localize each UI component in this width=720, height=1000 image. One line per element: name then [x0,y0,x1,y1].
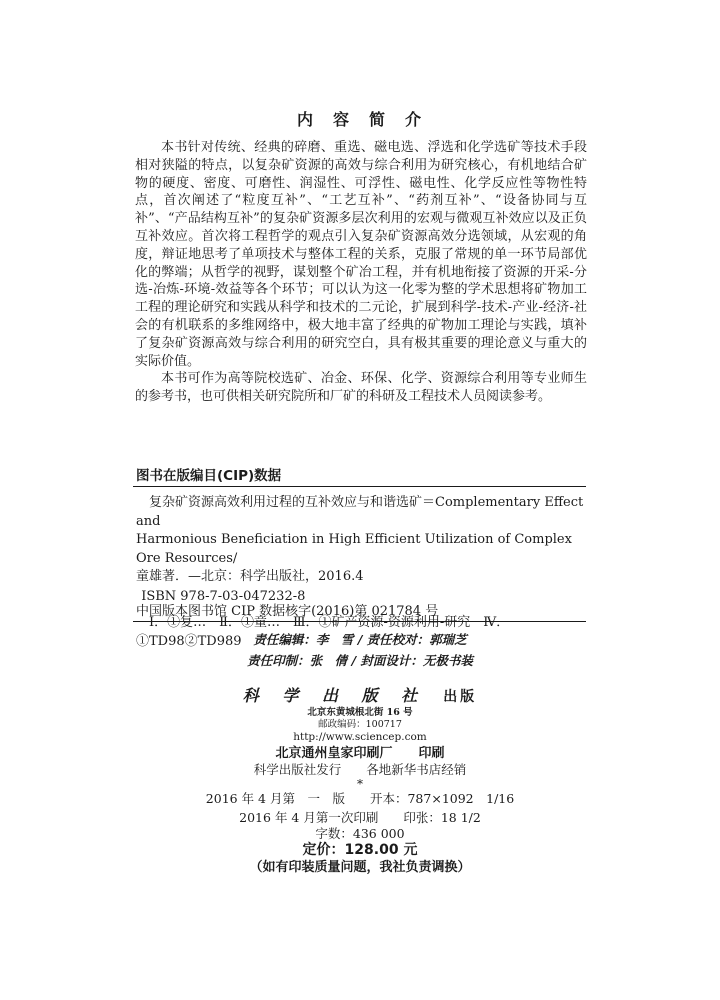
publisher-website: http://www.sciencep.com [135,731,585,744]
publisher-role: 出版 [443,689,477,705]
quality-notice-line: （如有印装质量问题，我社负责调换） [135,859,585,876]
word-count-line: 字数：436 000 [135,826,585,842]
cip-rule-top [133,486,586,487]
cip-title-line-1: 复杂矿资源高效利用过程的互补效应与和谐选矿＝Complementary Effe… [136,494,588,531]
staff-production-line: 责任印制：张 倩 / 封面设计：无极书装 [135,650,585,671]
cip-body: 复杂矿资源高效利用过程的互补效应与和谐选矿＝Complementary Effe… [136,494,588,651]
printer-line: 北京通州皇家印刷厂 印刷 [135,745,585,762]
publisher-address: 北京东黄城根北街 16 号 [135,707,585,719]
edition-line: 2016 年 4 月第 一 版 开本：787×1092 1/16 [135,791,585,807]
cip-record-number: 中国版本图书馆 CIP 数据核字(2016)第 021784 号 [136,600,438,619]
summary-title: 内 容 简 介 [135,107,585,130]
cip-title-line-3: 童雄著．—北京：科学出版社，2016.4 [136,568,588,587]
separator-asterisk: * [135,778,585,791]
publisher-postcode: 邮政编码：100717 [135,719,585,731]
publisher-line: 科 学 出 版 社 出版 [135,687,585,706]
imprint-block: 科 学 出 版 社 出版 北京东黄城根北街 16 号 邮政编码：100717 h… [135,687,585,876]
book-copyright-page: 内 容 简 介 本书针对传统、经典的碎磨、重选、磁电选、浮选和化学选矿等技术手段… [0,0,720,1000]
distribution-line: 科学出版社发行 各地新华书店经销 [135,762,585,778]
publisher-name: 科 学 出 版 社 [243,686,426,705]
staff-credits: 责任编辑：李 雪 / 责任校对：郭瑞芝 责任印制：张 倩 / 封面设计：无极书装 [135,629,585,671]
summary-paragraph-2: 本书可作为高等院校选矿、冶金、环保、化学、资源综合利用等专业师生的参考书，也可供… [135,370,587,406]
summary-body: 本书针对传统、经典的碎磨、重选、磁电选、浮选和化学选矿等技术手段相对狭隘的特点，… [135,139,587,406]
printing-line: 2016 年 4 月第一次印刷 印张：18 1/2 [135,810,585,826]
cip-rule-bottom [133,621,586,622]
cip-title-line-2: Harmonious Beneficiation in High Efficie… [136,531,588,568]
staff-editors-line: 责任编辑：李 雪 / 责任校对：郭瑞芝 [135,629,585,650]
cip-header: 图书在版编目(CIP)数据 [136,464,281,484]
price-line: 定价：128.00 元 [135,842,585,859]
summary-paragraph-1: 本书针对传统、经典的碎磨、重选、磁电选、浮选和化学选矿等技术手段相对狭隘的特点，… [135,139,587,370]
